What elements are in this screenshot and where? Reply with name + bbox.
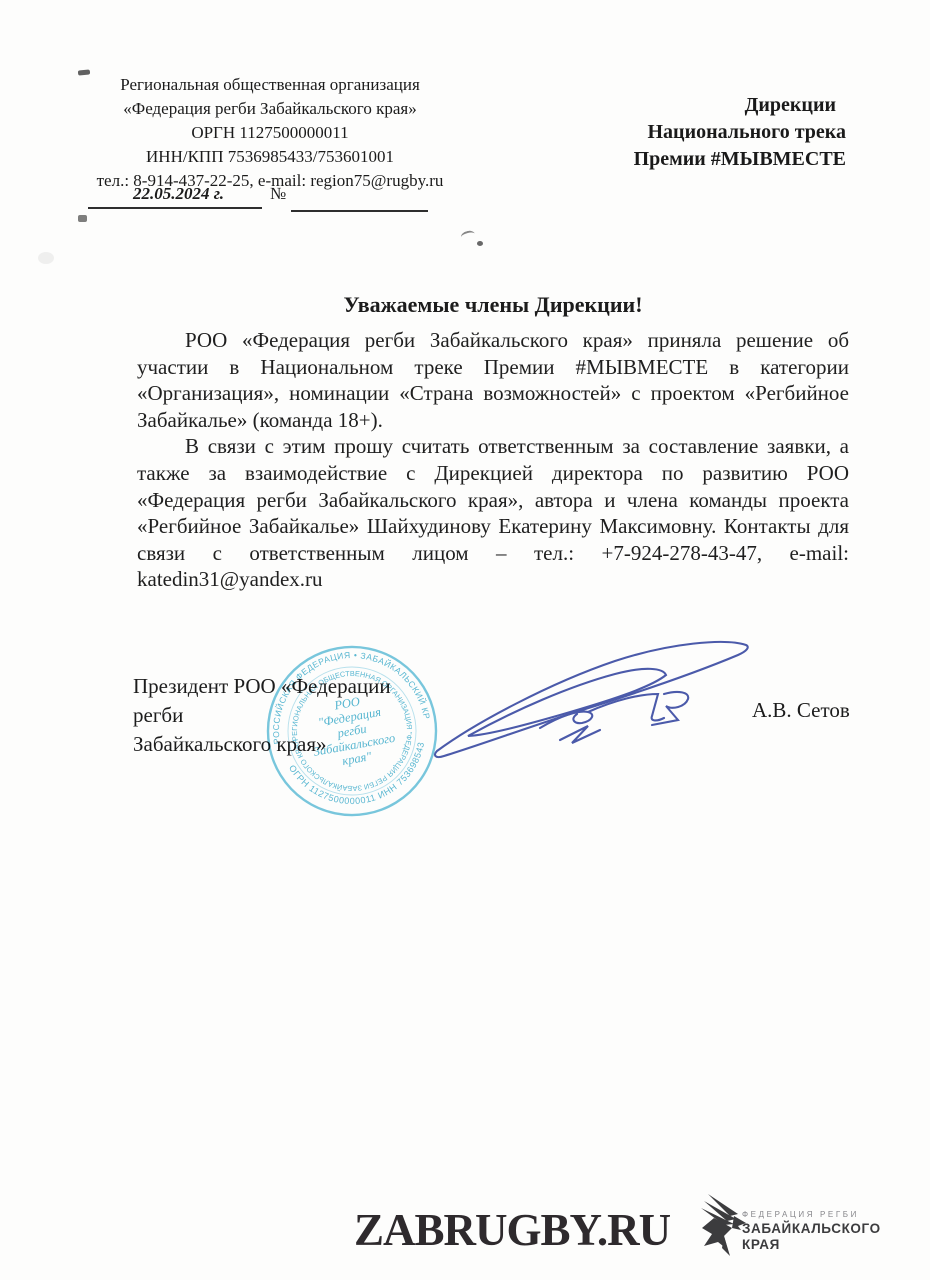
body-line: связи с ответственным лицом – тел.: +7-9… <box>137 540 849 567</box>
federation-logo: ФЕДЕРАЦИЯ РЕГБИ ЗАБАЙКАЛЬСКОГО КРАЯ <box>694 1190 874 1270</box>
scan-artifact <box>38 252 54 264</box>
letter-body: РОО «Федерация регби Забайкальского края… <box>137 327 849 593</box>
body-line: участии в Национальном треке Премии #МЫВ… <box>137 354 849 381</box>
body-line: katedin31@yandex.ru <box>137 566 849 593</box>
body-line: РОО «Федерация регби Забайкальского края… <box>137 327 849 354</box>
logo-text-small: ФЕДЕРАЦИЯ РЕГБИ <box>742 1210 881 1219</box>
body-line: В связи с этим прошу считать ответственн… <box>137 433 849 460</box>
sender-ogrn: ОРГН 1127500000011 <box>84 121 456 145</box>
body-line: также за взаимодействие с Дирекцией дире… <box>137 460 849 487</box>
signer-name: А.В. Сетов <box>752 698 850 723</box>
scanned-letter-page: Региональная общественная организация «Ф… <box>0 0 930 1280</box>
letter-date: 22.05.2024 г. <box>133 184 273 204</box>
website-text: ZABRUGBY.RU <box>354 1204 670 1256</box>
recipient-block: Дирекции Национального трека Премии #МЫВ… <box>558 92 846 173</box>
handwritten-signature <box>420 628 760 788</box>
recipient-line: Дирекции <box>558 92 846 119</box>
date-underline <box>88 207 262 209</box>
sender-org-type: Региональная общественная организация <box>84 73 456 97</box>
body-line: «Федерация регби Забайкальского края», а… <box>137 487 849 514</box>
letter-number-label: № <box>270 184 286 204</box>
logo-text-block: ФЕДЕРАЦИЯ РЕГБИ ЗАБАЙКАЛЬСКОГО КРАЯ <box>742 1210 881 1252</box>
sender-inn-kpp: ИНН/КПП 7536985433/753601001 <box>84 145 456 169</box>
body-line: «Регбийное Забайкалье» Шайхудинову Екате… <box>137 513 849 540</box>
salutation: Уважаемые члены Дирекции! <box>137 292 849 318</box>
sender-org-name: «Федерация регби Забайкальского края» <box>84 97 456 121</box>
number-underline <box>291 210 428 212</box>
logo-text-main: ЗАБАЙКАЛЬСКОГО <box>742 1221 881 1236</box>
body-line: «Организация», номинации «Страна возможн… <box>137 380 849 407</box>
scan-artifact <box>460 229 476 241</box>
recipient-line: Премии #МЫВМЕСТЕ <box>558 146 846 173</box>
sender-letterhead: Региональная общественная организация «Ф… <box>84 73 456 193</box>
scan-artifact <box>477 241 483 246</box>
recipient-line: Национального трека <box>558 119 846 146</box>
body-line: Забайкалье» (команда 18+). <box>137 407 849 434</box>
scan-artifact <box>78 215 87 222</box>
logo-text-main: КРАЯ <box>742 1237 881 1252</box>
